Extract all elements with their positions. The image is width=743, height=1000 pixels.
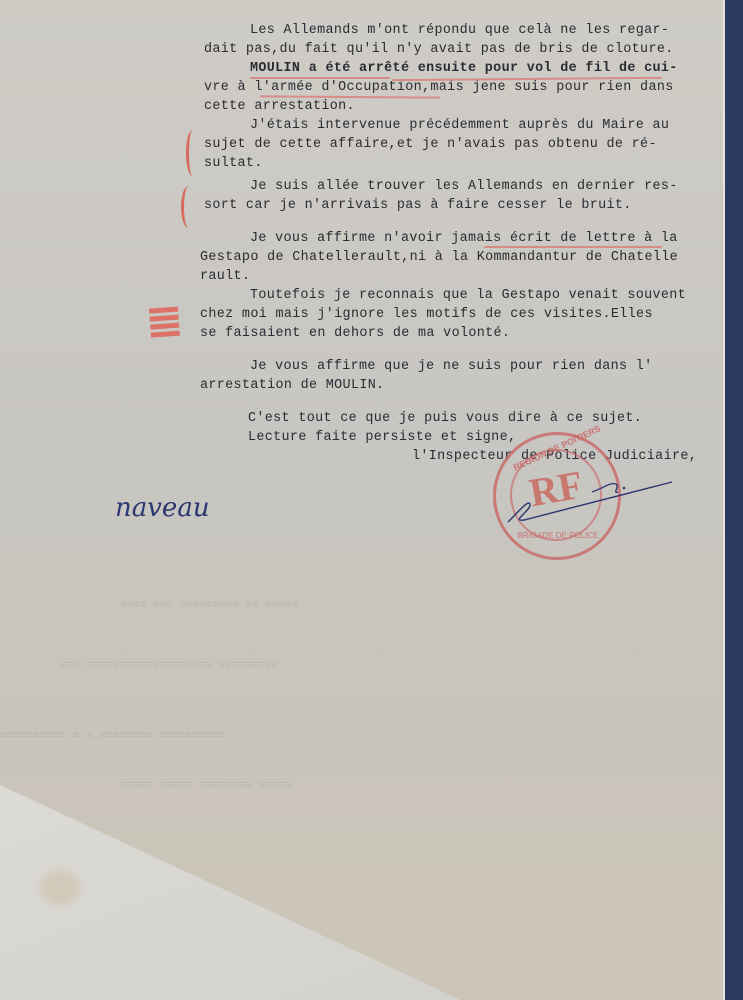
typed-line: MOULIN a été arrêté ensuite pour vol de … [250,60,678,79]
typed-line: C'est tout ce que je puis vous dire à ce… [248,410,642,429]
typed-line: sujet de cette affaire,et je n'avais pas… [204,136,657,155]
typed-line: cette arrestation. [204,98,355,117]
typed-line: arrestation de MOULIN. [200,377,385,396]
red-underline [250,77,390,79]
typed-line: se faisaient en dehors de ma volonté. [200,325,510,344]
typed-line: Gestapo de Chatellerault,ni à la Kommand… [200,249,678,268]
typed-line: sort car je n'arrivais pas à faire cesse… [204,197,632,216]
typed-line: chez moi mais j'ignore les motifs de ces… [200,306,653,325]
bleed-through-text: ≡≡≡ ≡≡≡≡≡≡≡≡≡≡≡≡≡≡≡≡≡≡≡ ≡≡≡≡≡≡≡≡≡ [60,660,278,672]
typed-line: sultat. [204,155,263,174]
stamp-bottom-text: BRIGADE DE POLICE [516,531,600,540]
bleed-through-text: ≡≡≡≡ ≡≡≡ ≡≡≡≡≡≡≡≡≡ ≡≡ ≡≡≡≡≡ [120,600,298,612]
typed-line: Je suis allée trouver les Allemands en d… [250,178,678,197]
officer-signature [500,470,680,530]
red-margin-mark: ≣ [144,295,184,348]
red-margin-bracket [181,186,196,228]
red-margin-bracket [186,130,199,176]
typed-line: rault. [200,268,250,287]
paper-stain [40,870,80,905]
bleed-through-text: ≡≡≡≡≡ ≡≡≡≡≡ ≡≡≡≡≡≡≡≡ ≡≡≡≡≡ [120,780,292,792]
typed-line: Je vous affirme que je ne suis pour rien… [250,358,653,377]
typed-line: Toutefois je reconnais que la Gestapo ve… [250,287,686,306]
red-underline [484,246,662,248]
typed-line: Lecture faite persiste et signe, [248,429,516,448]
witness-signature: naveau [115,493,210,523]
typed-line: J'étais intervenue précédemment auprès d… [250,117,669,136]
bleed-through-text: ≡≡≡≡≡≡≡≡≡≡ ≡ ≡ ≡≡≡≡≡≡≡≡ ≡≡≡≡≡≡≡≡≡≡ [0,730,224,742]
typed-line: dait pas,du fait qu'il n'y avait pas de … [204,41,674,60]
background-surface [725,0,743,1000]
typed-line: Les Allemands m'ont répondu que celà ne … [250,22,669,41]
